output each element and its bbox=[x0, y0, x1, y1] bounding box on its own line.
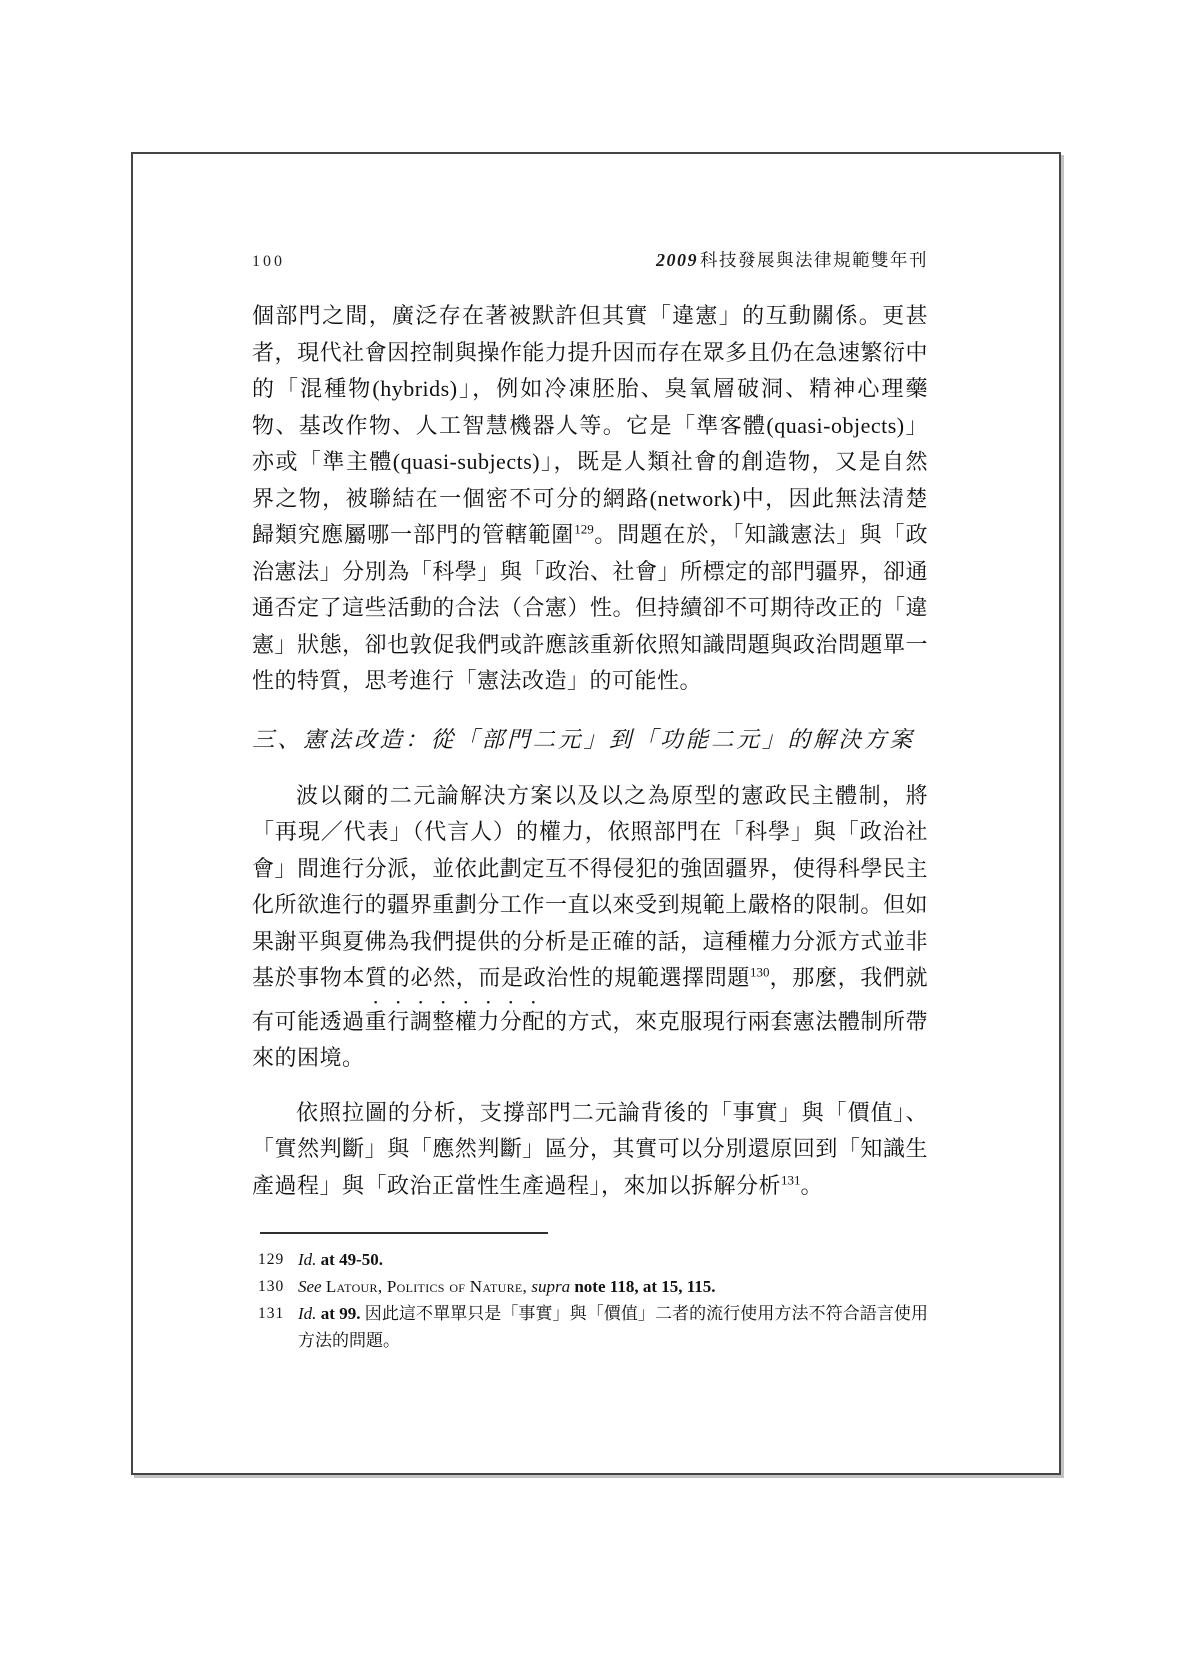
footnote-id-cite: Id. bbox=[298, 1250, 316, 1269]
footnote-cjk-note: 因此這不單單只是「事實」與「價值」二者的流行使用方法不符合語言使用方法的問題。 bbox=[298, 1304, 928, 1350]
footnote-129: 129 Id. at 49-50. bbox=[252, 1246, 928, 1273]
footnote-number: 129 bbox=[258, 1246, 284, 1273]
footnote-130: 130 See Latour, Politics of Nature, supr… bbox=[252, 1273, 928, 1300]
footnote-number: 131 bbox=[258, 1300, 284, 1327]
footnote-text: Id. at 99. 因此這不單單只是「事實」與「價值」二者的流行使用方法不符合… bbox=[298, 1304, 928, 1350]
paragraph-2-text: 波以爾的二元論解決方案以及以之為原型的憲政民主體制，將「再現／代表」（代言人）的… bbox=[252, 783, 928, 991]
footnote-131: 131 Id. at 99. 因此這不單單只是「事實」與「價值」二者的流行使用方… bbox=[252, 1300, 928, 1354]
footnote-ref-129: 129 bbox=[574, 522, 594, 537]
footnote-pincite: at 99. bbox=[316, 1304, 364, 1323]
footnote-supra-signal: supra bbox=[527, 1277, 570, 1296]
footnote-number: 130 bbox=[258, 1273, 284, 1300]
footnote-separator-rule bbox=[260, 1232, 548, 1234]
page-frame: 100 2009科技發展與法律規範雙年刊 個部門之間，廣泛存在著被默許但其實「違… bbox=[131, 152, 1061, 1475]
body-text: 個部門之間，廣泛存在著被默許但其實「違憲」的互動關係。更甚者，現代社會因控制與操… bbox=[252, 298, 928, 1204]
footnote-work-title: Latour, Politics of Nature, bbox=[326, 1277, 527, 1296]
footnote-pincite: note 118, at 15, 115. bbox=[570, 1277, 715, 1296]
paragraph-2: 波以爾的二元論解決方案以及以之為原型的憲政民主體制，將「再現／代表」（代言人）的… bbox=[252, 778, 928, 1077]
paragraph-1-text: 個部門之間，廣泛存在著被默許但其實「違憲」的互動關係。更甚者，現代社會因控制與操… bbox=[252, 303, 928, 547]
emphasized-text: 重行調整權力分配 bbox=[365, 1009, 545, 1034]
journal-year: 2009 bbox=[656, 250, 698, 270]
footnote-pincite: at 49-50. bbox=[316, 1250, 383, 1269]
page-number: 100 bbox=[252, 253, 285, 271]
paragraph-1-text-cont: 。問題在於，「知識憲法」與「政治憲法」分別為「科學」與「政治、社會」所標定的部門… bbox=[252, 522, 928, 693]
footnote-ref-130: 130 bbox=[750, 965, 770, 980]
footnote-id-cite: Id. bbox=[298, 1304, 316, 1323]
paragraph-3-text: 依照拉圖的分析，支撐部門二元論背後的「事實」與「價值」、「實然判斷」與「應然判斷… bbox=[252, 1100, 928, 1198]
paragraph-1: 個部門之間，廣泛存在著被默許但其實「違憲」的互動關係。更甚者，現代社會因控制與操… bbox=[252, 298, 928, 700]
scanned-page-canvas: 100 2009科技發展與法律規範雙年刊 個部門之間，廣泛存在著被默許但其實「違… bbox=[0, 0, 1177, 1664]
page-content: 100 2009科技發展與法律規範雙年刊 個部門之間，廣泛存在著被默許但其實「違… bbox=[252, 154, 928, 1354]
journal-title: 2009科技發展與法律規範雙年刊 bbox=[656, 247, 928, 272]
running-head: 100 2009科技發展與法律規範雙年刊 bbox=[252, 247, 928, 272]
footnote-see-signal: See bbox=[298, 1277, 326, 1296]
paragraph-3-text-end: 。 bbox=[801, 1173, 824, 1198]
section-heading: 三、憲法改造：從「部門二元」到「功能二元」的解決方案 bbox=[252, 724, 928, 756]
footnote-ref-131: 131 bbox=[781, 1172, 801, 1187]
journal-title-text: 科技發展與法律規範雙年刊 bbox=[700, 250, 928, 270]
paragraph-3: 依照拉圖的分析，支撐部門二元論背後的「事實」與「價值」、「實然判斷」與「應然判斷… bbox=[252, 1095, 928, 1205]
footnote-text: Id. at 49-50. bbox=[298, 1250, 383, 1269]
footnote-text: See Latour, Politics of Nature, supra no… bbox=[298, 1277, 716, 1296]
footnotes-section: 129 Id. at 49-50. 130 See Latour, Politi… bbox=[252, 1232, 928, 1354]
